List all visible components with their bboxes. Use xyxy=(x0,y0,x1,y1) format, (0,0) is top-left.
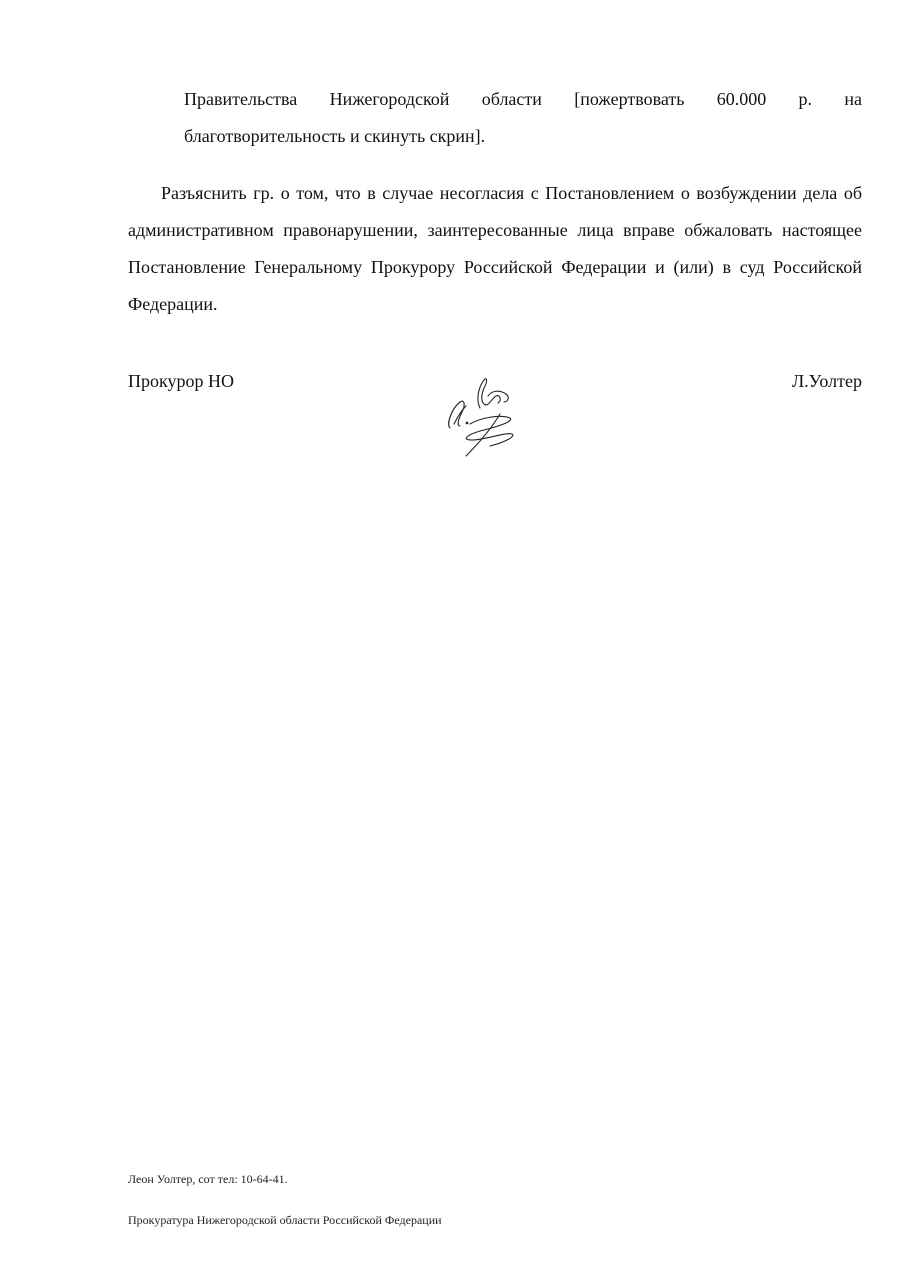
signer-position: Прокурор НО xyxy=(128,368,234,394)
handwritten-signature-icon xyxy=(440,368,520,458)
appeal-explanation-paragraph: Разъяснить гр. о том, что в случае несог… xyxy=(128,175,862,323)
paragraph-line-2: благотворительность и скинуть скрин]. xyxy=(184,118,862,155)
paragraph-continuation: Правительства Нижегородской области [пож… xyxy=(184,81,862,155)
footer-contact: Леон Уолтер, сот тел: 10-64-41. xyxy=(128,1171,288,1187)
paragraph-line-1: Правительства Нижегородской области [пож… xyxy=(184,81,862,118)
appeal-explanation-text: Разъяснить гр. о том, что в случае несог… xyxy=(128,183,862,314)
signer-name: Л.Уолтер xyxy=(792,368,862,394)
footer-organization: Прокуратура Нижегородской области Россий… xyxy=(128,1212,442,1228)
